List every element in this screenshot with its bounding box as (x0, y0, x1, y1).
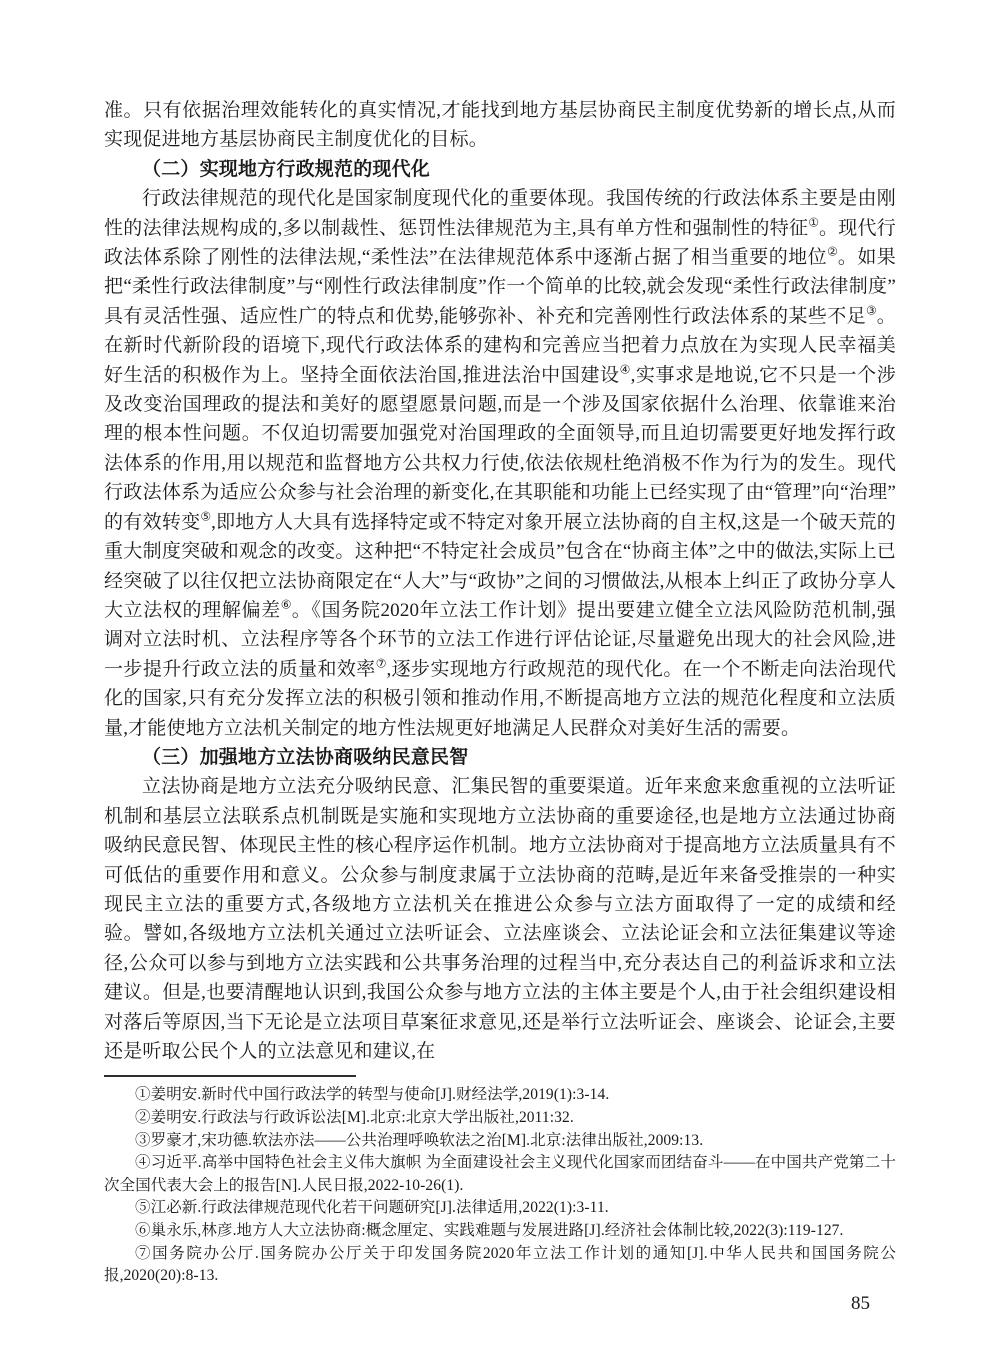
footnote-ref: ② (827, 246, 838, 259)
footnote-item: ⑥巢永乐,林彦.地方人大立法协商:概念厘定、实践难题与发展进路[J].经济社会体… (104, 1220, 896, 1243)
section-heading: （二）实现地方行政规范的现代化 (104, 155, 896, 184)
page-number: 85 (851, 1293, 870, 1314)
footnote-ref: ⑦ (376, 657, 387, 670)
footnote-ref: ⑤ (200, 510, 211, 523)
body-continuation: 准。只有依据治理效能转化的真实情况,才能找到地方基层协商民主制度优势新的增长点,… (104, 96, 896, 155)
document-page: 准。只有依据治理效能转化的真实情况,才能找到地方基层协商民主制度优势新的增长点,… (0, 0, 1000, 1347)
footnotes: ①姜明安.新时代中国行政法学的转型与使命[J].财经法学,2019(1):3-1… (104, 1084, 896, 1287)
article-body: 准。只有依据治理效能转化的真实情况,才能找到地方基层协商民主制度优势新的增长点,… (104, 96, 896, 1066)
body-paragraph: 行政法律规范的现代化是国家制度现代化的重要体现。我国传统的行政法体系主要是由刚性… (104, 184, 896, 743)
section-heading: （三）加强地方立法协商吸纳民意民智 (104, 743, 896, 772)
footnote-ref: ⑥ (281, 599, 292, 612)
footnote-item: ③罗豪才,宋功德.软法亦法——公共治理呼唤软法之治[M].北京:法律出版社,20… (104, 1130, 896, 1153)
footnote-item: ①姜明安.新时代中国行政法学的转型与使命[J].财经法学,2019(1):3-1… (104, 1084, 896, 1107)
footnote-ref: ④ (620, 363, 631, 376)
footnote-ref: ③ (866, 305, 877, 318)
footnote-item: ②姜明安.行政法与行政诉讼法[M].北京:北京大学出版社,2011:32. (104, 1107, 896, 1130)
page-footer: 85 (104, 1292, 896, 1316)
footnote-item: ⑤江必新.行政法律规范现代化若干问题研究[J].法律适用,2022(1):3-1… (104, 1197, 896, 1220)
footnote-separator (104, 1075, 356, 1077)
footnote-item: ④习近平.高举中国特色社会主义伟大旗帜 为全面建设社会主义现代化国家而团结奋斗—… (104, 1152, 896, 1197)
footnote-item: ⑦国务院办公厅.国务院办公厅关于印发国务院2020年立法工作计划的通知[J].中… (104, 1243, 896, 1288)
footnote-ref: ① (808, 216, 819, 229)
body-paragraph: 立法协商是地方立法充分吸纳民意、汇集民智的重要渠道。近年来愈来愈重视的立法听证机… (104, 772, 896, 1066)
